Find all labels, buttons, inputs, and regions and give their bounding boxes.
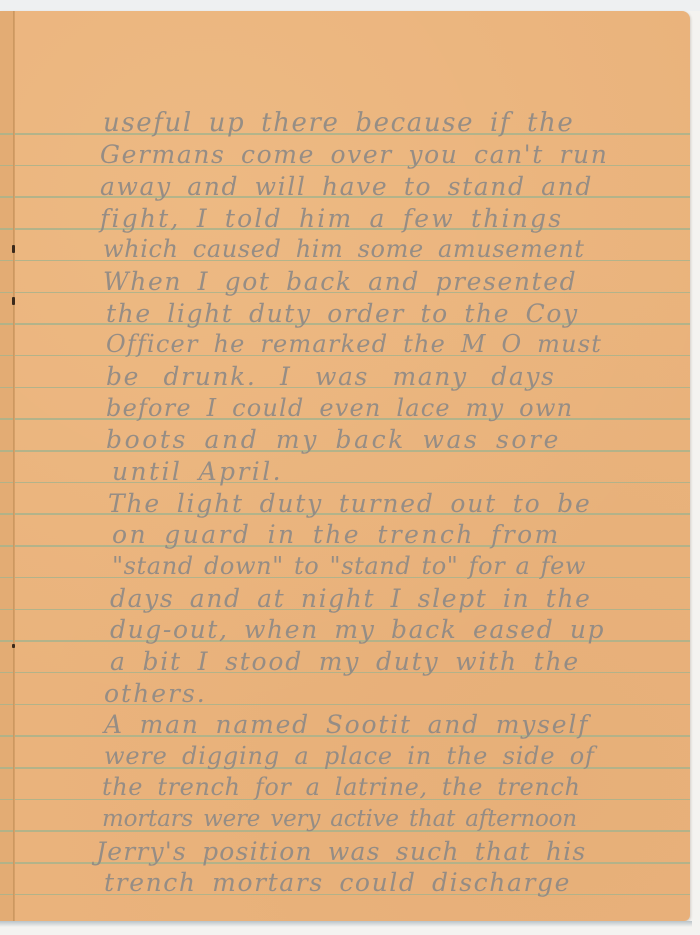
text-line: until April. <box>112 459 283 484</box>
notebook-page: useful up there because if the Germans c… <box>0 11 690 921</box>
text-line: Germans come over you can't run <box>100 142 608 167</box>
text-line: be drunk. I was many days <box>106 364 556 389</box>
text-line: trench mortars could discharge <box>104 870 571 895</box>
text-line: the light duty order to the Coy <box>106 301 579 326</box>
text-line: which caused him some amusement <box>103 237 585 262</box>
text-line: a bit I stood my duty with the <box>110 649 580 674</box>
text-line: fight, I told him a few things <box>100 206 563 231</box>
scan-background-bottom <box>0 921 692 927</box>
text-line: the trench for a latrine, the trench <box>102 775 581 800</box>
text-line: dug-out, when my back eased up <box>110 617 605 642</box>
text-line: Jerry's position was such that his <box>96 839 586 864</box>
scan-background-top <box>0 0 700 11</box>
text-line: Officer he remarked the M O must <box>106 332 602 357</box>
text-line: away and will have to stand and <box>100 174 593 199</box>
text-line: were digging a place in the side of <box>104 744 595 769</box>
text-line: boots and my back was sore <box>106 427 561 452</box>
text-line: When I got back and presented <box>103 269 577 294</box>
handwritten-text: useful up there because if the Germans c… <box>0 11 690 921</box>
text-line: The light duty turned out to be <box>108 491 592 516</box>
text-line: useful up there because if the <box>103 111 574 136</box>
text-line: others. <box>104 681 207 706</box>
text-line: before I could even lace my own <box>106 396 573 421</box>
text-line: A man named Sootit and myself <box>104 712 589 737</box>
text-line: mortars were very active that afternoon <box>102 807 577 832</box>
text-line: "stand down" to "stand to" for a few <box>112 554 586 579</box>
text-line: on guard in the trench from <box>112 522 561 547</box>
text-line: days and at night I slept in the <box>110 586 591 611</box>
